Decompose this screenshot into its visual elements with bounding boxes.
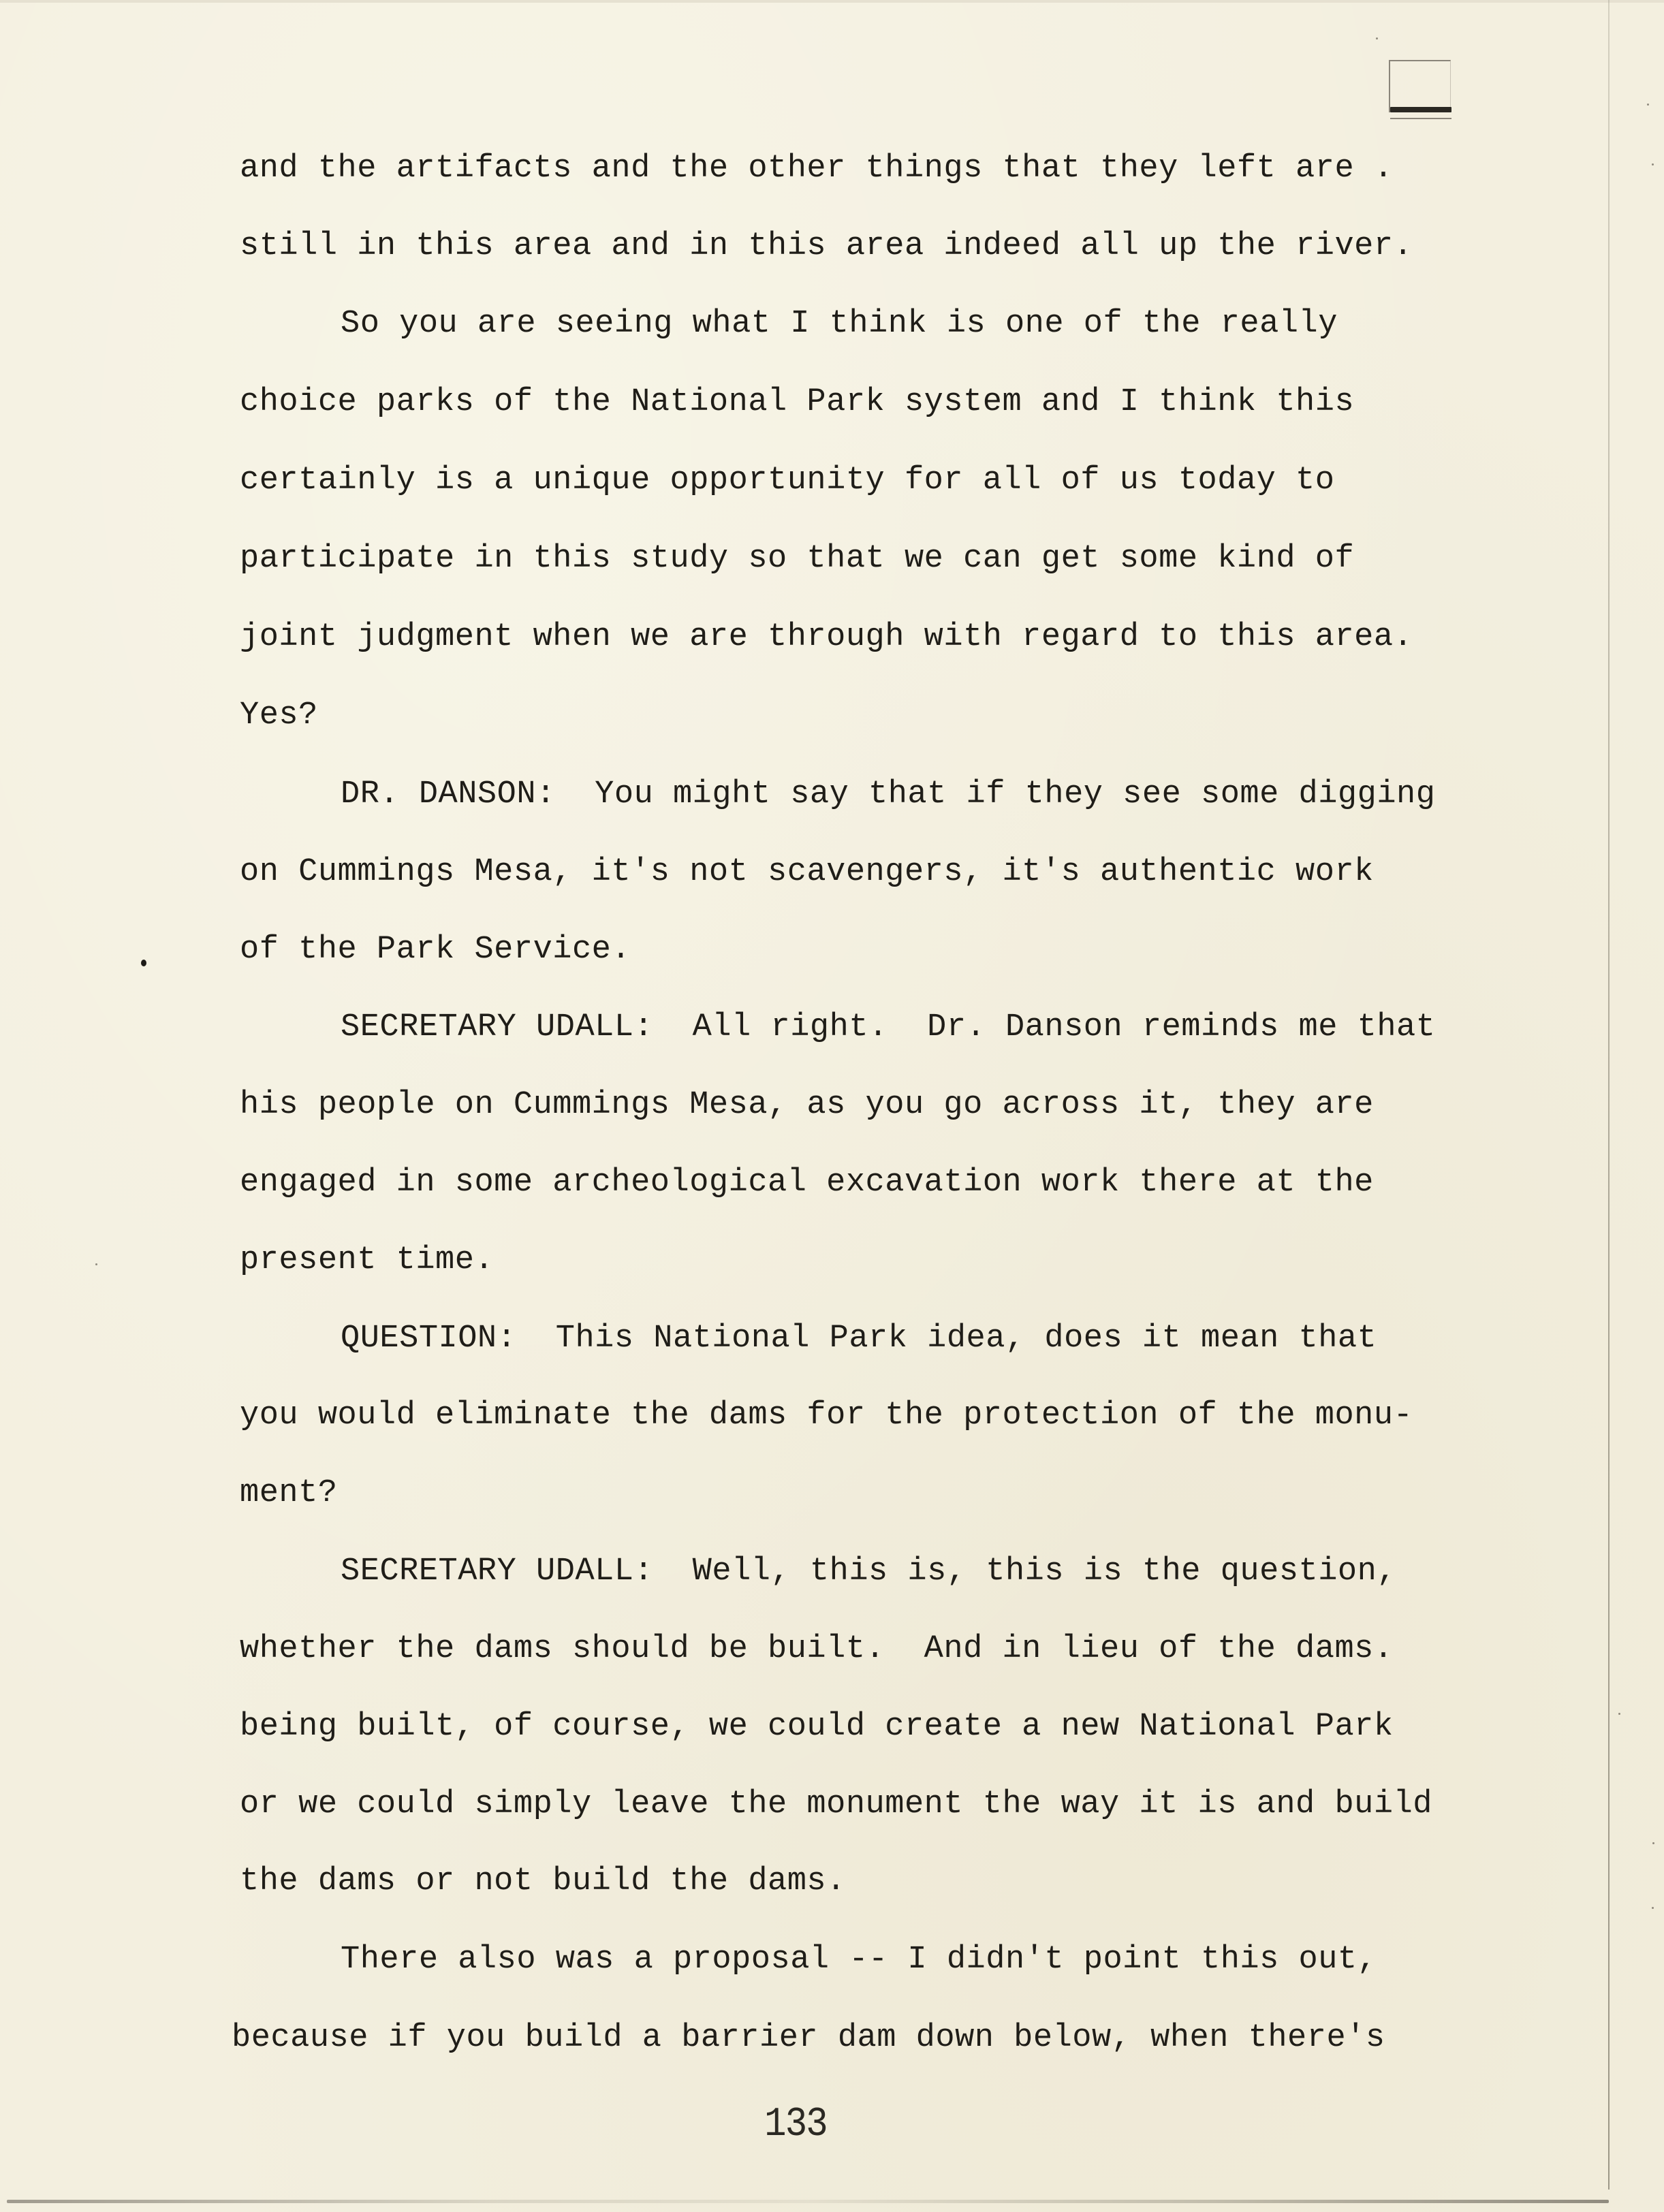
paper-speck bbox=[1652, 1842, 1654, 1844]
corner-stamp-box bbox=[1389, 60, 1451, 112]
transcript-line: joint judgment when we are through with … bbox=[240, 617, 1413, 658]
transcript-line: still in this area and in this area inde… bbox=[240, 226, 1413, 267]
page-top-edge bbox=[0, 0, 1664, 3]
speaker-line-danson: DR. DANSON: You might say that if they s… bbox=[341, 774, 1435, 815]
transcript-line: certainly is a unique opportunity for al… bbox=[240, 460, 1334, 501]
transcript-line: or we could simply leave the monument th… bbox=[240, 1784, 1432, 1825]
paper-speck bbox=[1618, 1713, 1620, 1715]
transcript-line: Yes? bbox=[240, 695, 318, 736]
paper-speck bbox=[1652, 1907, 1654, 1909]
speaker-line-udall: SECRETARY UDALL: Well, this is, this is … bbox=[341, 1551, 1396, 1592]
paper-speck bbox=[95, 1263, 97, 1265]
transcript-line: of the Park Service. bbox=[240, 930, 631, 970]
transcript-line: and the artifacts and the other things t… bbox=[240, 148, 1394, 189]
transcript-line: because if you build a barrier dam down … bbox=[232, 2018, 1385, 2059]
transcript-line: present time. bbox=[240, 1240, 494, 1281]
transcript-line: ment? bbox=[240, 1473, 338, 1514]
transcript-line: participate in this study so that we can… bbox=[240, 539, 1354, 580]
margin-dot-mark bbox=[141, 960, 146, 966]
transcript-line: the dams or not build the dams. bbox=[240, 1861, 846, 1902]
paper-speck bbox=[1647, 104, 1649, 106]
page-right-edge-line bbox=[1608, 0, 1610, 2190]
corner-stamp-underline bbox=[1390, 118, 1451, 119]
transcript-line: choice parks of the National Park system… bbox=[240, 382, 1354, 423]
speaker-line-udall: SECRETARY UDALL: All right. Dr. Danson r… bbox=[341, 1007, 1435, 1048]
corner-stamp-bar bbox=[1390, 107, 1451, 112]
transcript-line: So you are seeing what I think is one of… bbox=[341, 304, 1338, 345]
speaker-line-question: QUESTION: This National Park idea, does … bbox=[341, 1318, 1377, 1359]
transcript-line: being built, of course, we could create … bbox=[240, 1707, 1394, 1748]
paper-speck bbox=[1376, 37, 1378, 39]
transcript-line: whether the dams should be built. And in… bbox=[240, 1629, 1394, 1670]
paper-speck bbox=[1652, 163, 1654, 165]
transcript-line: you would eliminate the dams for the pro… bbox=[240, 1395, 1413, 1436]
page-bottom-edge-line bbox=[7, 2200, 1609, 2203]
transcript-line: engaged in some archeological excavation… bbox=[240, 1163, 1374, 1203]
transcript-line: his people on Cummings Mesa, as you go a… bbox=[240, 1085, 1374, 1126]
transcript-line: There also was a proposal -- I didn't po… bbox=[341, 1940, 1377, 1980]
page-number: 133 bbox=[764, 2101, 827, 2149]
transcript-line: on Cummings Mesa, it's not scavengers, i… bbox=[240, 852, 1374, 893]
